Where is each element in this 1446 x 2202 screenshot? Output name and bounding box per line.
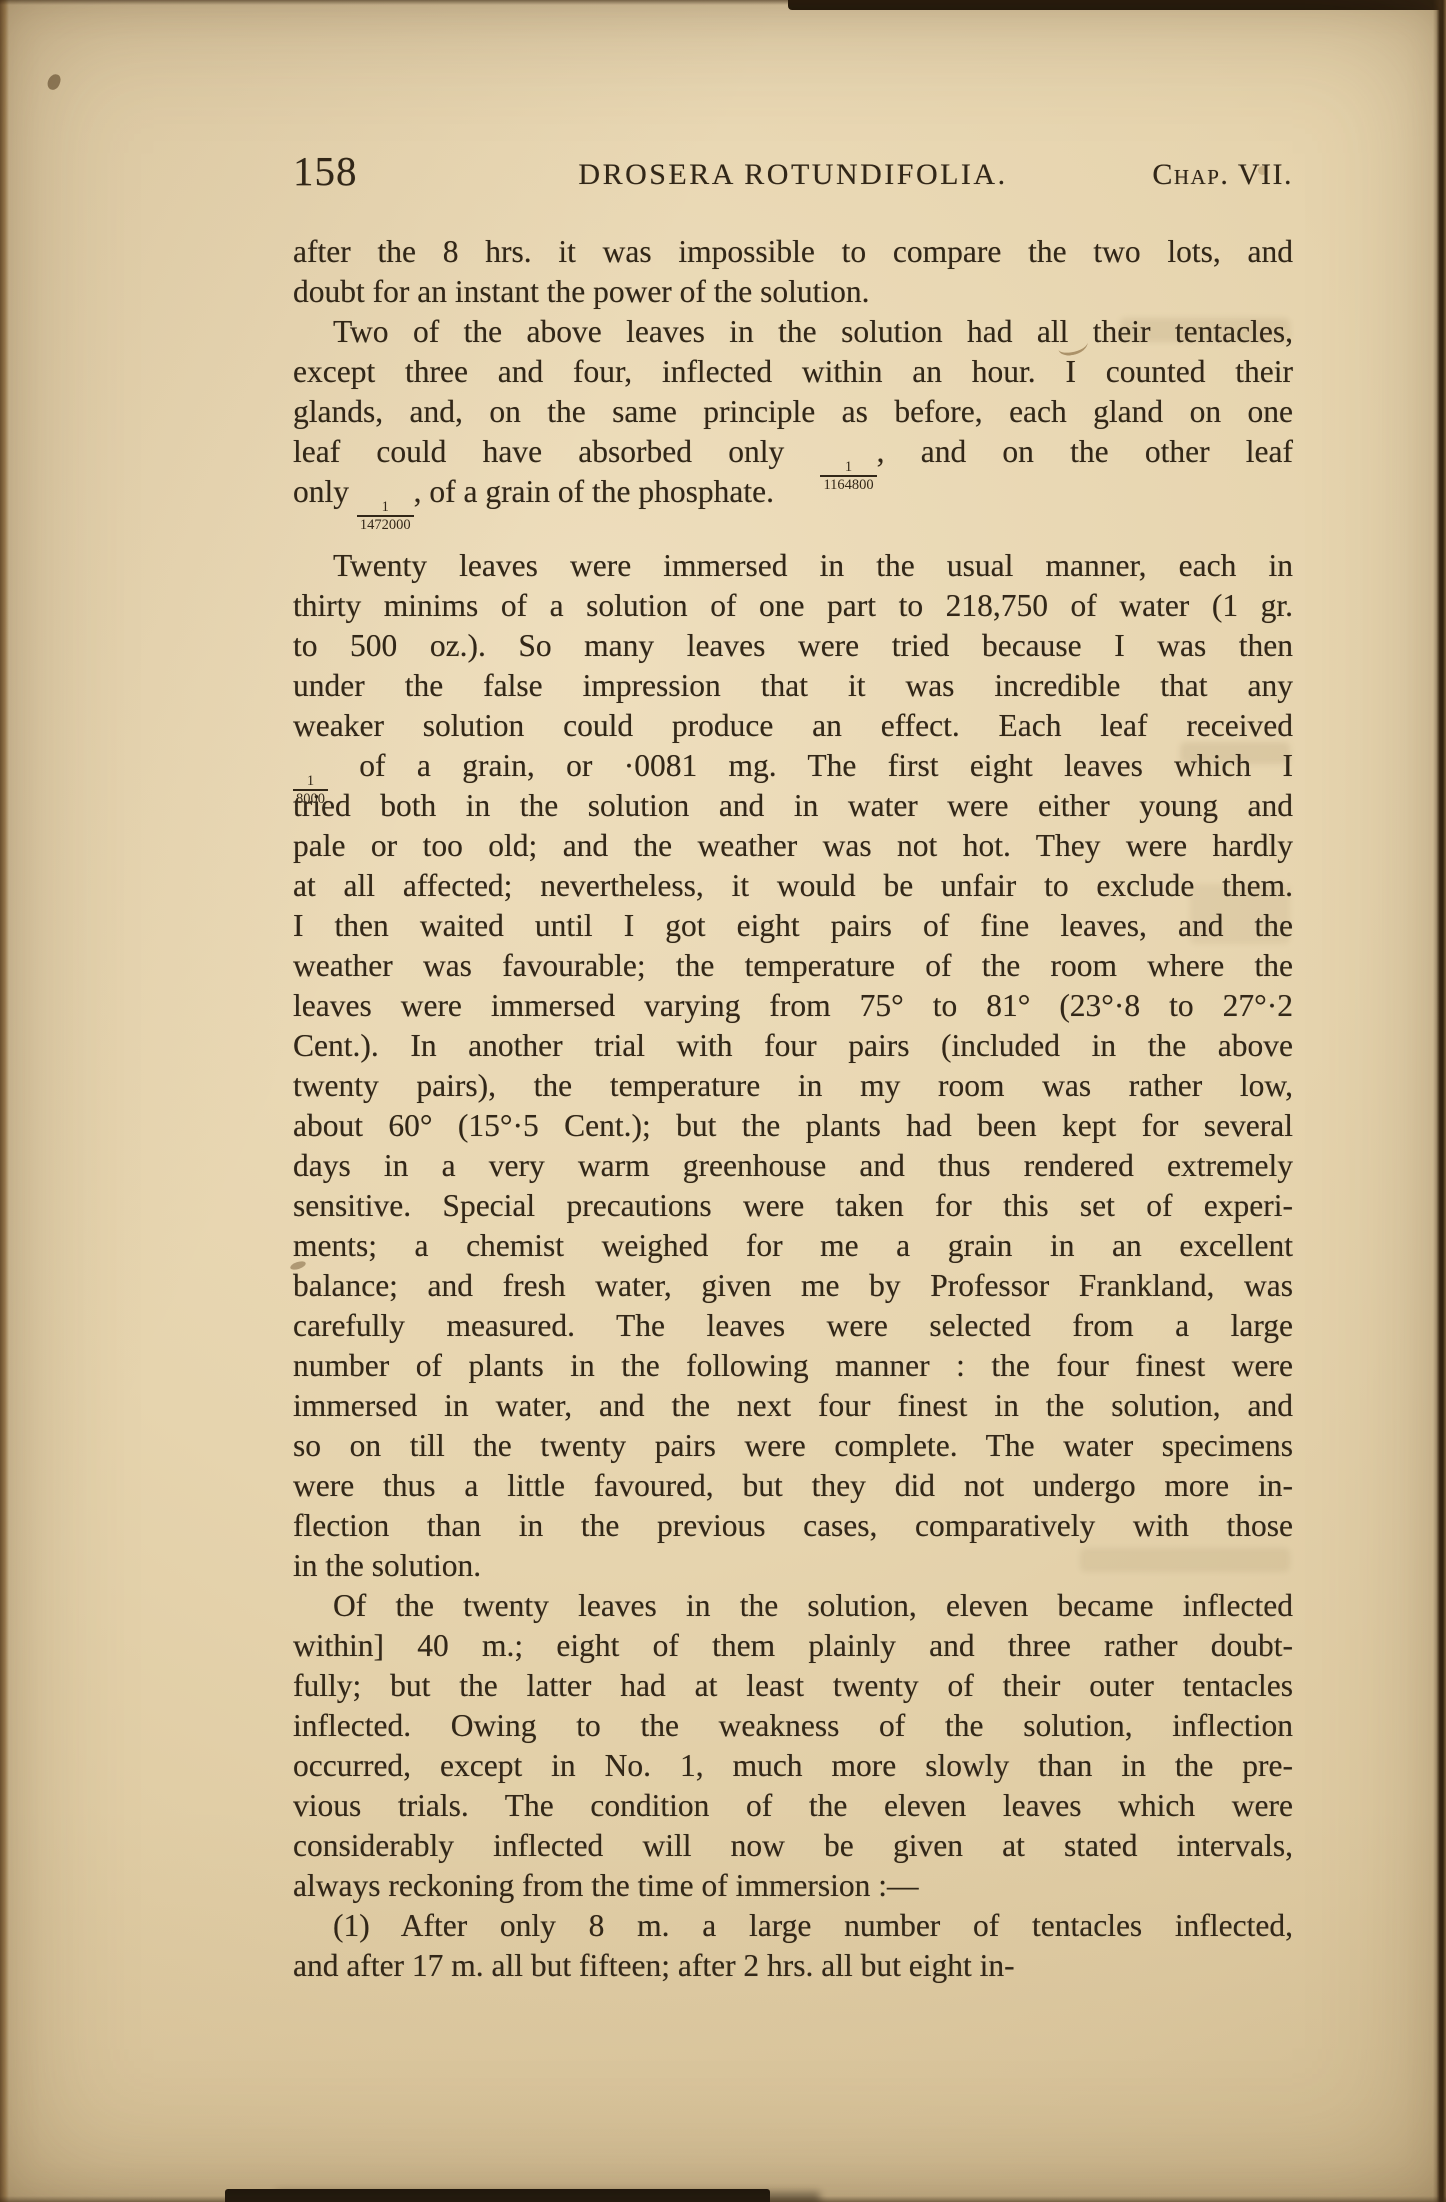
text-line: considerably inflected will now be given… [293,1826,1293,1866]
text-line: thirty minims of a solution of one part … [293,586,1293,626]
text-line: were thus a little favoured, but they di… [293,1466,1293,1506]
paragraph: Twenty leaves were immersed in the usual… [293,546,1293,1586]
text-line: 18000 of a grain, or ·0081 mg. The first… [293,746,1293,786]
text-line: pale or too old; and the weather was not… [293,826,1293,866]
text-line: fully; but the latter had at least twent… [293,1666,1293,1706]
text-line: sensitive. Special precautions were take… [293,1186,1293,1226]
text-line: and after 17 m. all but fifteen; after 2… [293,1946,1293,1986]
text-line: vious trials. The condition of the eleve… [293,1786,1293,1826]
text-line: ments; a chemist weighed for me a grain … [293,1226,1293,1266]
page-edge-right [1433,0,1446,2202]
text-line: to 500 oz.). So many leaves were tried b… [293,626,1293,666]
text-line: Twenty leaves were immersed in the usual… [293,546,1293,586]
fraction: 11472000 [357,500,414,533]
text-line: leaves were immersed varying from 75° to… [293,986,1293,1026]
page-number: 158 [293,151,358,192]
text-line: so on till the twenty pairs were complet… [293,1426,1293,1466]
text-line: except three and four, inflected within … [293,352,1293,392]
text-line: Two of the above leaves in the solution … [293,312,1293,352]
text-line: balance; and fresh water, given me by Pr… [293,1266,1293,1306]
text-block: 158 DROSERA ROTUNDIFOLIA. Chap. VII. aft… [293,140,1293,1986]
text-line: leaf could have absorbed only 11164800, … [293,432,1293,472]
text-line: about 60° (15°·5 Cent.); but the plants … [293,1106,1293,1146]
text-line: at all affected; nevertheless, it would … [293,866,1293,906]
page-edge-left [0,0,9,2202]
text-line: number of plants in the following manner… [293,1346,1293,1386]
paragraph: (1) After only 8 m. a large number of te… [293,1906,1293,1986]
text-line: under the false impression that it was i… [293,666,1293,706]
text-line: weather was favourable; the temperature … [293,946,1293,986]
text-line: doubt for an instant the power of the so… [293,272,1293,312]
paragraph: Of the twenty leaves in the solution, el… [293,1586,1293,1906]
text-line: (1) After only 8 m. a large number of te… [293,1906,1293,1946]
paragraph: after the 8 hrs. it was impossible to co… [293,232,1293,312]
book-page: 158 DROSERA ROTUNDIFOLIA. Chap. VII. aft… [0,0,1446,2202]
text-line: weaker solution could produce an effect.… [293,706,1293,746]
text-line: I then waited until I got eight pairs of… [293,906,1293,946]
text-line: flection than in the previous cases, com… [293,1506,1293,1546]
running-title: DROSERA ROTUNDIFOLIA. [578,160,1007,190]
text-line: glands, and, on the same principle as be… [293,392,1293,432]
text-line: after the 8 hrs. it was impossible to co… [293,232,1293,272]
text-line: occurred, except in No. 1, much more slo… [293,1746,1293,1786]
text-line: Of the twenty leaves in the solution, el… [293,1586,1293,1626]
fraction: 11164800 [820,460,876,493]
text-line: immersed in water, and the next four fin… [293,1386,1293,1426]
scan-shadow-top-right [788,0,1446,10]
text-line: Cent.). In another trial with four pairs… [293,1026,1293,1066]
text-line: in the solution. [293,1546,1293,1586]
text-line: tried both in the solution and in water … [293,786,1293,826]
scan-shadow-bottom-left [225,2189,770,2202]
paragraph: Two of the above leaves in the solution … [293,312,1293,512]
text-line: always reckoning from the time of immers… [293,1866,1293,1906]
page-text: after the 8 hrs. it was impossible to co… [293,232,1293,1986]
text-line: days in a very warm greenhouse and thus … [293,1146,1293,1186]
page-header: 158 DROSERA ROTUNDIFOLIA. Chap. VII. [293,140,1293,192]
chapter-heading: Chap. VII. [1152,160,1293,190]
text-line: only 11472000, of a grain of the phospha… [293,472,1293,512]
text-line: inflected. Owing to the weakness of the … [293,1706,1293,1746]
ink-stain [46,73,62,92]
text-line: twenty pairs), the temperature in my roo… [293,1066,1293,1106]
text-line: within] 40 m.; eight of them plainly and… [293,1626,1293,1666]
text-line: carefully measured. The leaves were sele… [293,1306,1293,1346]
